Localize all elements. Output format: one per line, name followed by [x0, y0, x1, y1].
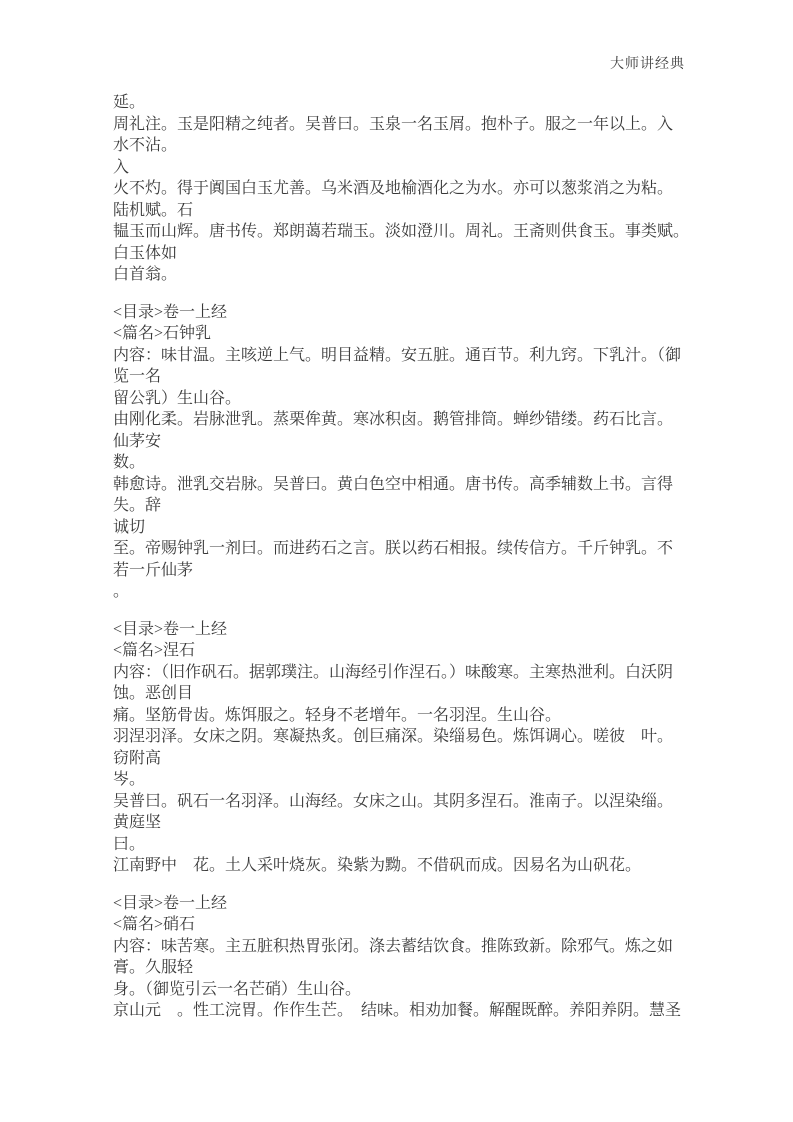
- text-line: 蚀。恶创目: [113, 683, 688, 705]
- text-line: 火不灼。得于阗国白玉尤善。乌米酒及地榆酒化之为水。亦可以葱浆消之为粘。: [113, 178, 688, 200]
- text-line: 京山元 。性工浣胃。作作生芒。 结味。相劝加餐。解醒既醉。养阳养阴。慧圣: [113, 1000, 688, 1022]
- text-line: 失。辞: [113, 495, 688, 517]
- section-catalog-line: <目录>卷一上经: [113, 619, 688, 641]
- text-section-nieshi: <目录>卷一上经 <篇名>涅石 内容：（旧作矾石。据郭璞注。山海经引作涅石。）味…: [113, 619, 688, 877]
- text-line: 数。: [113, 452, 688, 474]
- text-section-shizhongru: <目录>卷一上经 <篇名>石钟乳 内容：味甘温。主咳逆上气。明目益精。安五脏。通…: [113, 302, 688, 603]
- text-line: 吴普曰。矾石一名羽泽。山海经。女床之山。其阴多涅石。淮南子。以涅染缁。: [113, 791, 688, 813]
- section-catalog-line: <目录>卷一上经: [113, 893, 688, 915]
- text-line: 白首翁。: [113, 264, 688, 286]
- text-line: 白玉体如: [113, 243, 688, 265]
- text-line: 岑。: [113, 769, 688, 791]
- text-section-xiaoshi: <目录>卷一上经 <篇名>硝石 内容：味苦寒。主五脏积热胃张闭。涤去蓄结饮食。推…: [113, 893, 688, 1022]
- document-body: 延。 周礼注。玉是阳精之纯者。吴普曰。玉泉一名玉屑。抱朴子。服之一年以上。入 水…: [113, 92, 688, 1022]
- text-line: 。: [113, 581, 688, 603]
- section-title-line: <篇名>涅石: [113, 640, 688, 662]
- text-line: 内容：味甘温。主咳逆上气。明目益精。安五脏。通百节。利九窍。下乳汁。（御: [113, 345, 688, 367]
- text-line: 曰。: [113, 834, 688, 856]
- text-line: 诚切: [113, 517, 688, 539]
- text-line: 陆机赋。石: [113, 200, 688, 222]
- text-line: 黄庭坚: [113, 812, 688, 834]
- text-line: 膏。久服轻: [113, 957, 688, 979]
- text-line: 览一名: [113, 366, 688, 388]
- text-line: 仙茅安: [113, 431, 688, 453]
- text-line: 痛。坚筋骨齿。炼饵服之。轻身不老增年。一名羽涅。生山谷。: [113, 705, 688, 727]
- text-line: 羽涅羽泽。女床之阴。寒凝热炙。创巨痛深。染缁易色。炼饵调心。嗟彼 叶。: [113, 726, 688, 748]
- text-line: 内容：（旧作矾石。据郭璞注。山海经引作涅石。）味酸寒。主寒热泄利。白沃阴: [113, 662, 688, 684]
- text-line: 内容：味苦寒。主五脏积热胃张闭。涤去蓄结饮食。推陈致新。除邪气。炼之如: [113, 936, 688, 958]
- text-line: 若一斤仙茅: [113, 560, 688, 582]
- section-title-line: <篇名>石钟乳: [113, 323, 688, 345]
- text-line: 留公乳）生山谷。: [113, 388, 688, 410]
- text-line: 入: [113, 157, 688, 179]
- section-title-line: <篇名>硝石: [113, 914, 688, 936]
- text-section-yu: 延。 周礼注。玉是阳精之纯者。吴普曰。玉泉一名玉屑。抱朴子。服之一年以上。入 水…: [113, 92, 688, 286]
- text-line: 韩愈诗。泄乳交岩脉。吴普曰。黄白色空中相通。唐书传。高季辅数上书。言得: [113, 474, 688, 496]
- text-line: 窃附高: [113, 748, 688, 770]
- text-line: 至。帝赐钟乳一剂曰。而进药石之言。朕以药石相报。续传信方。千斤钟乳。不: [113, 538, 688, 560]
- section-catalog-line: <目录>卷一上经: [113, 302, 688, 324]
- text-line: 身。（御览引云一名芒硝）生山谷。: [113, 979, 688, 1001]
- text-line: 周礼注。玉是阳精之纯者。吴普曰。玉泉一名玉屑。抱朴子。服之一年以上。入: [113, 114, 688, 136]
- text-line: 水不沾。: [113, 135, 688, 157]
- text-line: 江南野中 花。土人采叶烧灰。染紫为黝。不借矾而成。因易名为山矾花。: [113, 855, 688, 877]
- text-line: 由刚化柔。岩脉泄乳。蒸栗侔黄。寒冰积卤。鹅管排筒。蝉纱错缕。药石比言。: [113, 409, 688, 431]
- text-line: 韫玉而山辉。唐书传。郑朗蔼若瑞玉。淡如澄川。周礼。王斋则供食玉。事类赋。: [113, 221, 688, 243]
- page-header-title: 大师讲经典: [113, 53, 685, 73]
- text-line: 延。: [113, 92, 688, 114]
- document-page: 大师讲经典 延。 周礼注。玉是阳精之纯者。吴普曰。玉泉一名玉屑。抱朴子。服之一年…: [0, 0, 793, 1122]
